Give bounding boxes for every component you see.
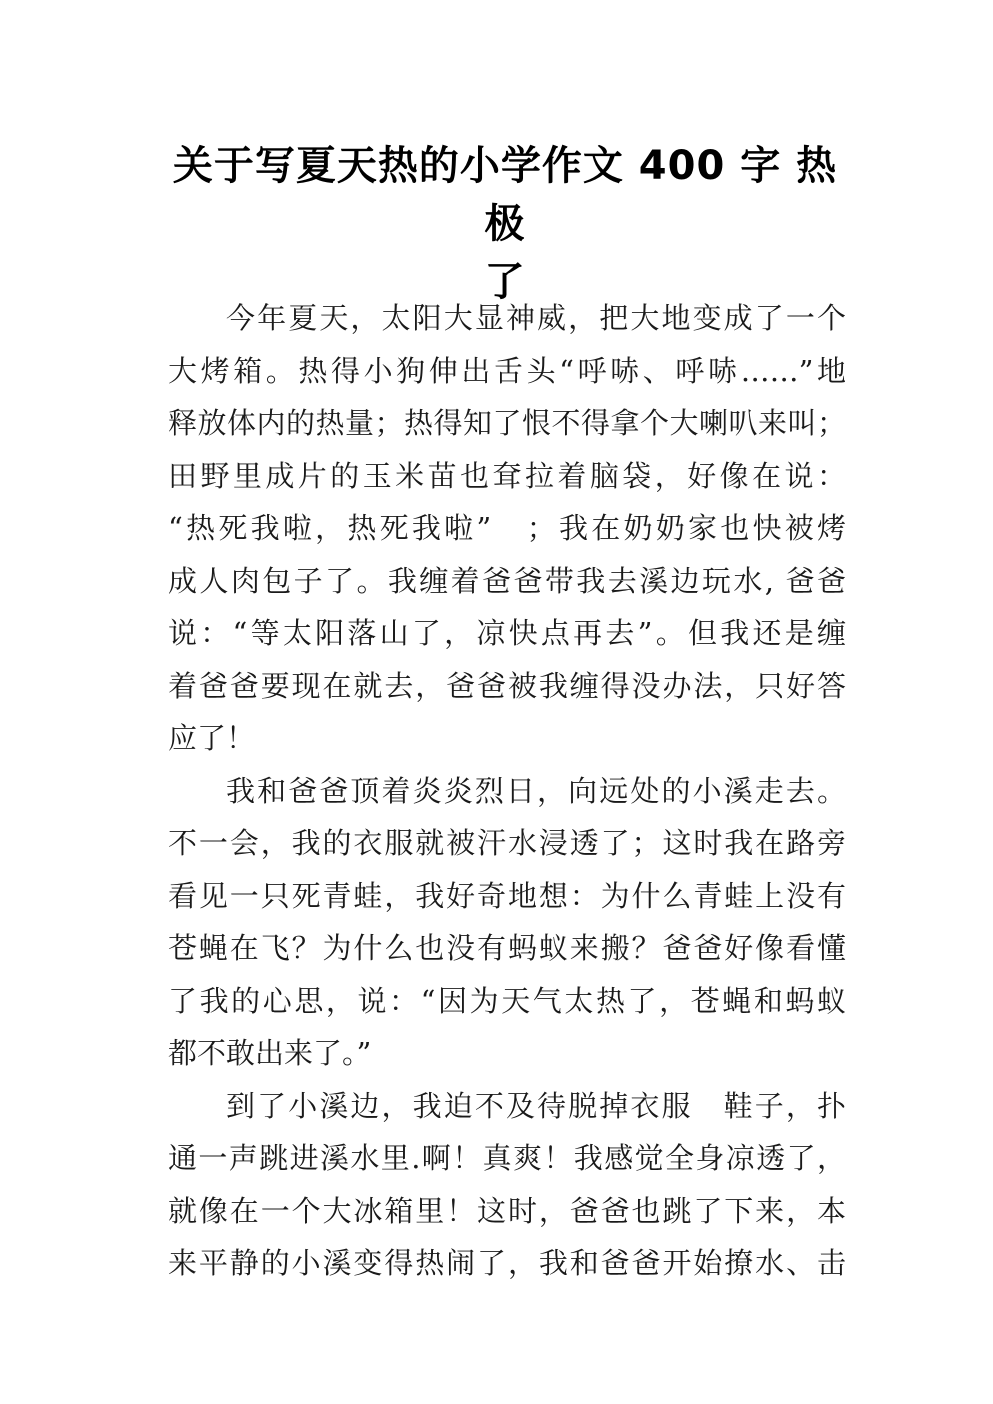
paragraph-2: 我和爸爸顶着炎炎烈日，向远处的小溪走去。 不一会，我的衣服就被汗水浸透了；这时我… bbox=[168, 765, 846, 1080]
text-line: “热死我啦，热死我啦” ；我在奶奶家也快被烤 bbox=[168, 502, 846, 555]
text-line: 不一会，我的衣服就被汗水浸透了；这时我在路旁 bbox=[168, 817, 846, 870]
text-line: 通一声跳进溪水里.啊！真爽！我感觉全身凉透了， bbox=[168, 1132, 846, 1185]
text-line: 了我的心思，说：“因为天气太热了，苍蝇和蚂蚁 bbox=[168, 975, 846, 1028]
text-line: 释放体内的热量；热得知了恨不得拿个大喇叭来叫； bbox=[168, 397, 846, 450]
text-line: 今年夏天，太阳大显神威，把大地变成了一个 bbox=[168, 292, 846, 345]
text-line: 田野里成片的玉米苗也耷拉着脑袋，好像在说： bbox=[168, 450, 846, 503]
title-line-1: 关于写夏天热的小学作文 400 字 热极 bbox=[160, 137, 850, 253]
paragraph-3: 到了小溪边，我迫不及待脱掉衣服 鞋子，扑 通一声跳进溪水里.啊！真爽！我感觉全身… bbox=[168, 1080, 846, 1290]
text-line: 着爸爸要现在就去，爸爸被我缠得没办法，只好答 bbox=[168, 660, 846, 713]
paragraph-1: 今年夏天，太阳大显神威，把大地变成了一个 大烤箱。热得小狗伸出舌头“呼哧、呼哧…… bbox=[168, 292, 846, 765]
document-body: 今年夏天，太阳大显神威，把大地变成了一个 大烤箱。热得小狗伸出舌头“呼哧、呼哧…… bbox=[168, 292, 846, 1290]
text-line: 我和爸爸顶着炎炎烈日，向远处的小溪走去。 bbox=[168, 765, 846, 818]
text-line: 到了小溪边，我迫不及待脱掉衣服 鞋子，扑 bbox=[168, 1080, 846, 1133]
text-line: 看见一只死青蛙，我好奇地想：为什么青蛙上没有 bbox=[168, 870, 846, 923]
text-line: 成人肉包子了。我缠着爸爸带我去溪边玩水, 爸爸 bbox=[168, 555, 846, 608]
text-line: 说：“等太阳落山了，凉快点再去”。但我还是缠 bbox=[168, 607, 846, 660]
text-line: 都不敢出来了。” bbox=[168, 1027, 846, 1080]
text-line: 苍蝇在飞？为什么也没有蚂蚁来搬？爸爸好像看懂 bbox=[168, 922, 846, 975]
text-line: 应了！ bbox=[168, 712, 846, 765]
text-line: 来平静的小溪变得热闹了，我和爸爸开始撩水、击 bbox=[168, 1237, 846, 1290]
document-page: 关于写夏天热的小学作文 400 字 热极 了 今年夏天，太阳大显神威，把大地变成… bbox=[0, 0, 993, 1404]
text-line: 大烤箱。热得小狗伸出舌头“呼哧、呼哧……”地 bbox=[168, 345, 846, 398]
text-line: 就像在一个大冰箱里！这时，爸爸也跳了下来，本 bbox=[168, 1185, 846, 1238]
document-title: 关于写夏天热的小学作文 400 字 热极 了 bbox=[160, 137, 850, 311]
